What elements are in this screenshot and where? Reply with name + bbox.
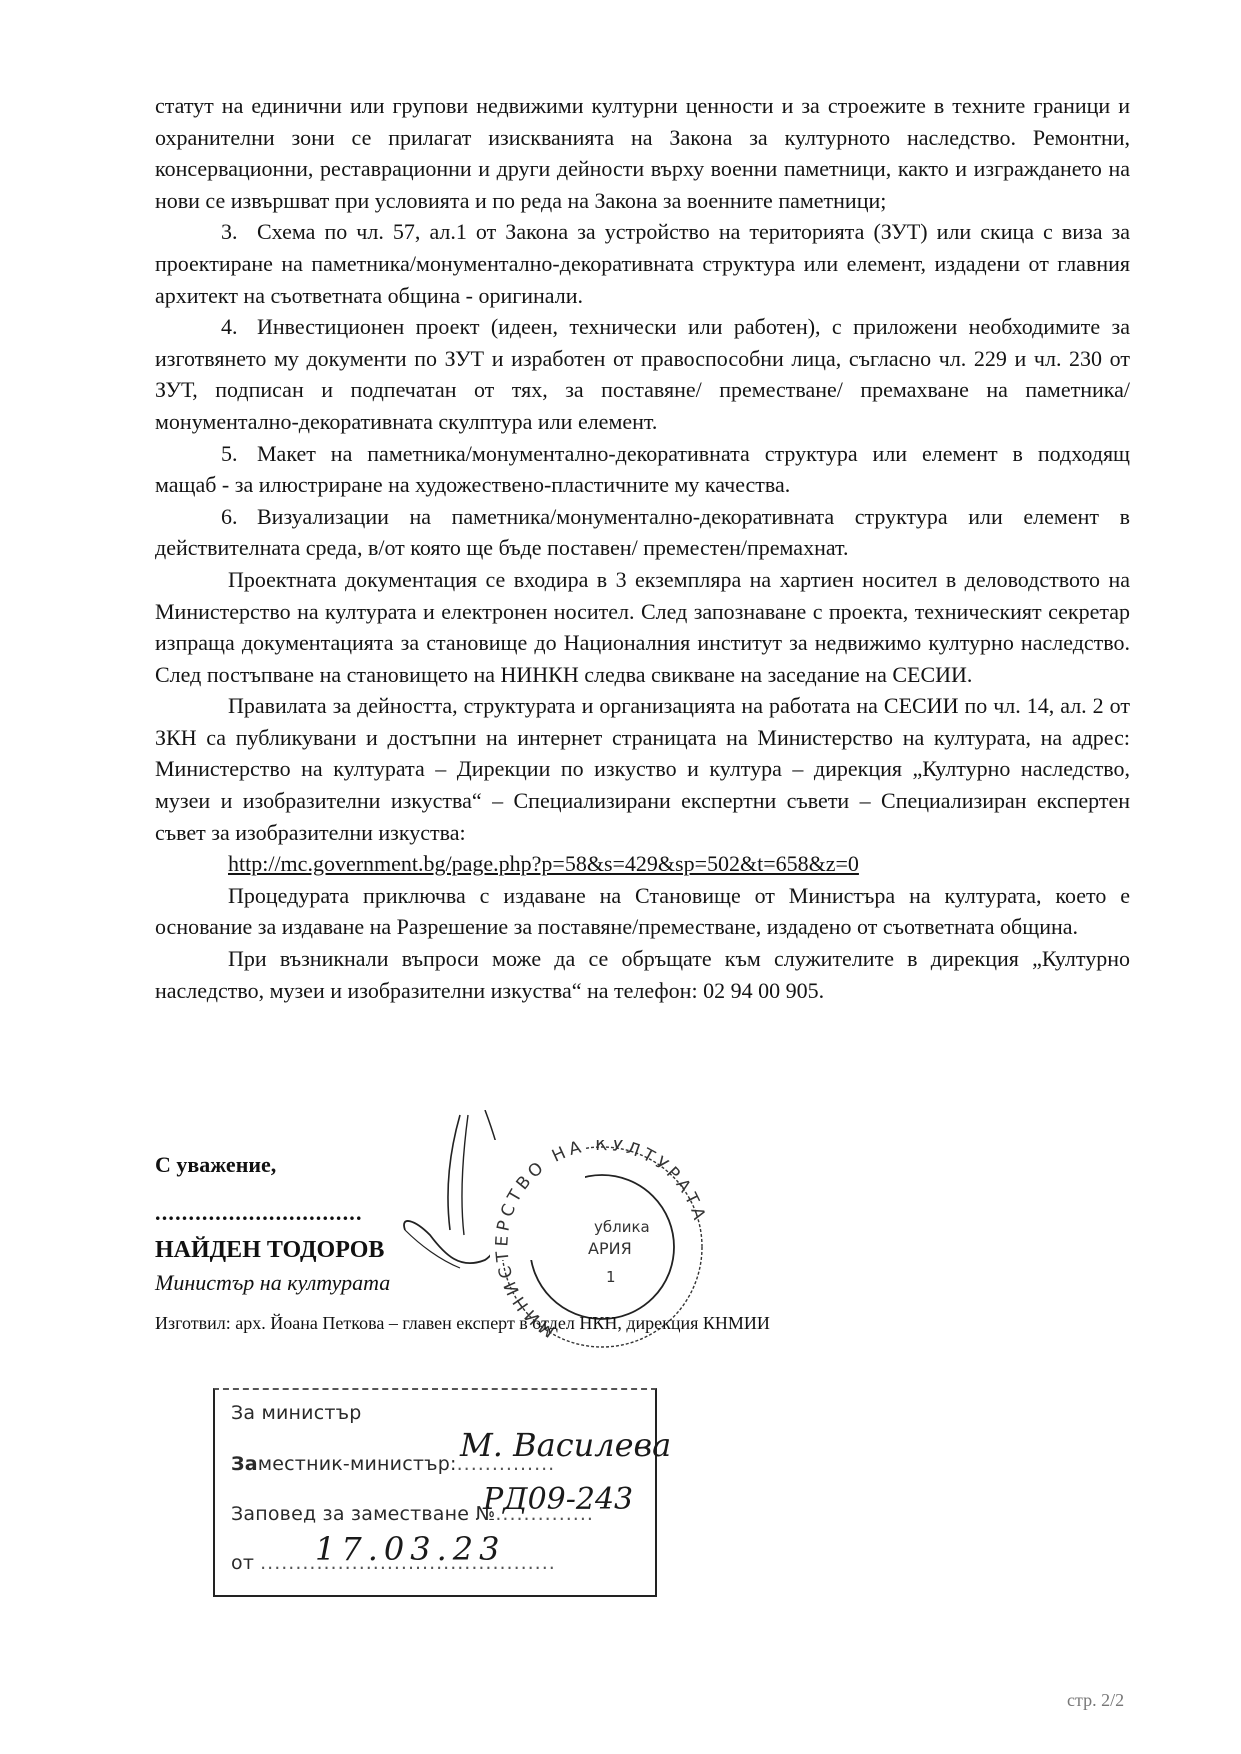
page-number: стр. 2/2 (1067, 1690, 1124, 1711)
signer-name: НАЙДЕН ТОДОРОВ (155, 1237, 384, 1264)
seal-center-line2: АРИЯ (588, 1239, 632, 1258)
list-number: 5. (221, 438, 257, 470)
signature-dots: ............................... (155, 1200, 363, 1226)
list-item-text: Визуализации на паметника/монументално-д… (155, 504, 1130, 561)
prepared-by: Изготвил: арх. Йоана Петкова – главен ек… (155, 1313, 770, 1334)
list-number: 6. (221, 501, 257, 533)
paragraph-rules: Правилата за дейността, структурата и ор… (155, 690, 1130, 848)
list-number: 3. (221, 216, 257, 248)
list-item-3: 3.Схема по чл. 57, ал.1 от Закона за уст… (155, 216, 1130, 311)
list-number: 4. (221, 311, 257, 343)
handwritten-order-number: РД09-243 (483, 1482, 633, 1517)
list-item-text: Инвестиционен проект (идеен, технически … (155, 314, 1130, 434)
paragraph-continuation: статут на единични или групови недвижими… (155, 90, 1130, 216)
stamp-line-minister: За министър (231, 1402, 362, 1424)
list-item-5: 5.Макет на паметника/монументално-декора… (155, 438, 1130, 501)
document-body: статут на единични или групови недвижими… (155, 90, 1130, 1006)
list-item-6: 6.Визуализации на паметника/монументално… (155, 501, 1130, 564)
link-line: http://mc.government.bg/page.php?p=58&s=… (155, 848, 1130, 880)
substitution-stamp: За министър Заместник-министър:.........… (213, 1388, 657, 1597)
closing-salutation: С уважение, (155, 1152, 276, 1178)
signer-title: Министър на културата (155, 1270, 390, 1296)
paragraph-documentation: Проектната документация се входира в 3 е… (155, 564, 1130, 690)
seal-center-line1: ублика (594, 1218, 650, 1236)
handwritten-date: 17.03.23 (315, 1530, 506, 1568)
list-item-4: 4.Инвестиционен проект (идеен, техническ… (155, 311, 1130, 437)
handwritten-deputy-name: М. Василева (460, 1426, 671, 1464)
ministry-link[interactable]: http://mc.government.bg/page.php?p=58&s=… (228, 851, 859, 876)
list-item-text: Макет на паметника/монументално-декорати… (155, 441, 1130, 498)
list-item-text: Схема по чл. 57, ал.1 от Закона за устро… (155, 219, 1130, 307)
paragraph-procedure: Процедурата приключва с издаване на Стан… (155, 880, 1130, 943)
paragraph-contact: При възникнали въпроси може да се обръща… (155, 943, 1130, 1006)
document-page: статут на единични или групови недвижими… (0, 0, 1241, 1754)
seal-number: 1 (606, 1268, 616, 1286)
